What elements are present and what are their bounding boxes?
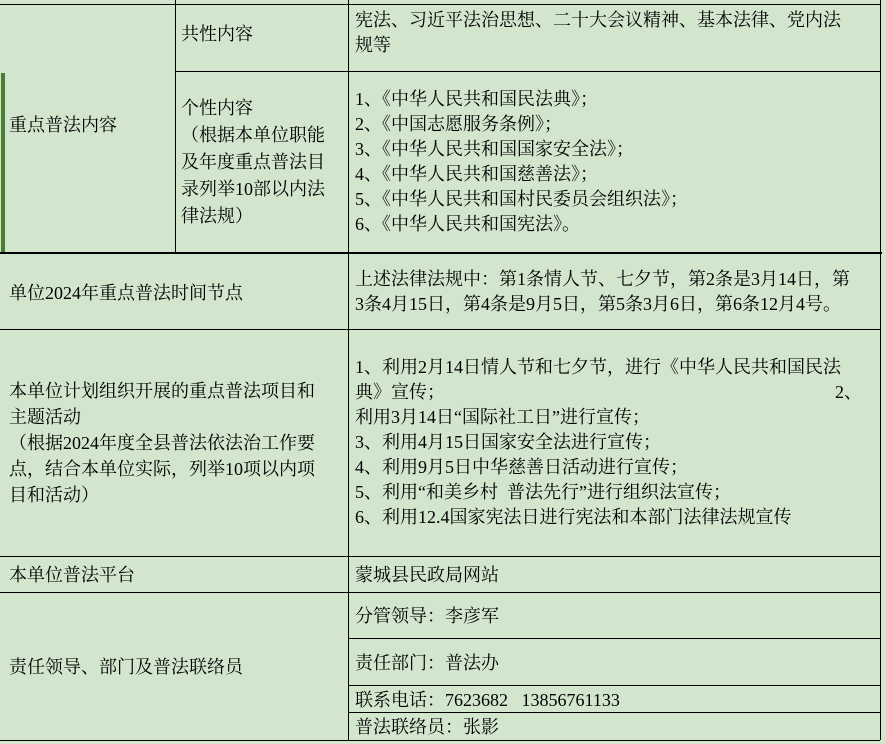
table-border-row-divider (0, 329, 880, 330)
plan-activity-line: 利用3月14日“国际社工日”进行宣传； (355, 405, 880, 430)
cell-responsibility-liaison: 普法联络员：张影 (349, 712, 880, 740)
time-nodes-line: 上述法律法规中：第1条情人节、七夕节，第2条是3月14日，第 (355, 267, 880, 292)
responsibility-phone-text: 联系电话：7623682 13856761133 (355, 686, 620, 712)
cell-time-nodes-label: 单位2024年重点普法时间节点 (0, 254, 348, 329)
law-list-item: 1、《中华人民共和国民法典》； (355, 87, 880, 112)
law-list-item: 6、《中华人民共和国宪法》。 (355, 212, 880, 237)
specific-content-label-line: 个性内容 (181, 95, 348, 122)
cell-specific-content-value: 1、《中华人民共和国民法典》； 2、《中国志愿服务条例》； 3、《中华人民共和国… (349, 72, 880, 252)
platform-label-text: 本单位普法平台 (9, 561, 135, 587)
specific-content-label-line: （根据本单位职能 (181, 122, 348, 149)
key-content-label-text: 重点普法内容 (9, 111, 117, 137)
cell-specific-content-label: 个性内容 （根据本单位职能 及年度重点普法目 录列举10部以内法 律法规） (176, 72, 348, 252)
table-border-top (0, 4, 880, 5)
responsibility-leader-text: 分管领导：李彦军 (355, 602, 499, 628)
cell-common-content-value: 宪法、习近平法治思想、二十大会议精神、基本法律、党内法 规等 (349, 0, 880, 66)
responsibility-liaison-text: 普法联络员：张影 (355, 713, 499, 739)
specific-content-label-line: 律法规） (181, 203, 348, 230)
plan-label-line: （根据2024年度全县普法依法治工作要 (9, 430, 348, 456)
plan-label-line: 主题活动 (9, 404, 348, 430)
common-content-label-text: 共性内容 (181, 20, 253, 46)
law-list-item: 3、《中华人民共和国国家安全法》； (355, 137, 880, 162)
table-border-column-divider (348, 0, 349, 740)
responsibility-label-text: 责任领导、部门及普法联络员 (9, 653, 243, 679)
cell-platform-value: 蒙城县民政局网站 (349, 556, 880, 592)
plan-label-line: 本单位计划组织开展的重点普法项目和 (9, 378, 348, 404)
table-border-right (880, 0, 881, 740)
table-border-subrow-divider (348, 638, 880, 639)
cell-responsibility-phone: 联系电话：7623682 13856761133 (349, 685, 880, 712)
cell-time-nodes-value: 上述法律法规中：第1条情人节、七夕节，第2条是3月14日，第 3条4月15日，第… (349, 254, 880, 329)
plan-activity-line: 6、利用12.4国家宪法日进行宪法和本部门法律法规宣传 (355, 505, 880, 530)
specific-content-label-line: 录列举10部以内法 (181, 176, 348, 203)
law-list-item: 2、《中国志愿服务条例》； (355, 112, 880, 137)
legal-education-plan-table: 重点普法内容 共性内容 宪法、习近平法治思想、二十大会议精神、基本法律、党内法 … (0, 0, 886, 744)
table-border-row-divider (0, 556, 880, 557)
table-border-row-divider (175, 71, 880, 72)
cell-platform-label: 本单位普法平台 (0, 556, 348, 592)
plan-activity-line: 3、利用4月15日国家安全法进行宣传； (355, 430, 880, 455)
plan-activity-line: 典》宣传； 2、 (355, 380, 880, 405)
table-border-column-divider (175, 0, 176, 252)
cell-responsibility-leader: 分管领导：李彦军 (349, 592, 880, 638)
cell-plan-value: 1、利用2月14日情人节和七夕节，进行《中华人民共和国民法 典》宣传； 2、 利… (349, 329, 880, 556)
plan-activity-line-left: 典》宣传； (355, 380, 445, 405)
table-border-row-divider (0, 592, 880, 593)
cell-accent-left-bar (1, 73, 5, 252)
cell-plan-label: 本单位计划组织开展的重点普法项目和 主题活动 （根据2024年度全县普法依法治工… (0, 329, 348, 556)
cell-responsibility-label: 责任领导、部门及普法联络员 (0, 592, 348, 740)
cell-common-content-label: 共性内容 (176, 0, 348, 66)
common-content-line: 规等 (355, 33, 880, 58)
plan-activity-line: 5、利用“和美乡村 普法先行”进行组织法宣传； (355, 480, 880, 505)
platform-value-text: 蒙城县民政局网站 (355, 561, 499, 587)
table-border-subrow-divider (348, 712, 880, 713)
table-border-subrow-divider (348, 685, 880, 686)
common-content-line: 宪法、习近平法治思想、二十大会议精神、基本法律、党内法 (355, 8, 880, 33)
law-list-item: 5、《中华人民共和国村民委员会组织法》； (355, 187, 880, 212)
time-nodes-line: 3条4月15日，第4条是9月5日，第5条3月6日，第6条12月4号。 (355, 292, 880, 317)
plan-activity-line: 4、利用9月5日中华慈善日活动进行宣传； (355, 455, 880, 480)
cell-key-content-label: 重点普法内容 (0, 0, 175, 247)
responsibility-department-text: 责任部门：普法办 (355, 649, 499, 675)
plan-activity-line: 1、利用2月14日情人节和七夕节，进行《中华人民共和国民法 (355, 355, 880, 380)
law-list-item: 4、《中华人民共和国慈善法》； (355, 162, 880, 187)
cell-responsibility-department: 责任部门：普法办 (349, 638, 880, 685)
plan-activity-line-right: 2、 (835, 380, 862, 405)
specific-content-label-line: 及年度重点普法目 (181, 149, 348, 176)
time-nodes-label-text: 单位2024年重点普法时间节点 (9, 279, 243, 305)
plan-label-line: 点，结合本单位实际，列举10项以内项 (9, 456, 348, 482)
table-border-thick-divider (0, 252, 882, 254)
table-border-bottom (0, 740, 880, 741)
plan-label-line: 目和活动） (9, 482, 348, 508)
